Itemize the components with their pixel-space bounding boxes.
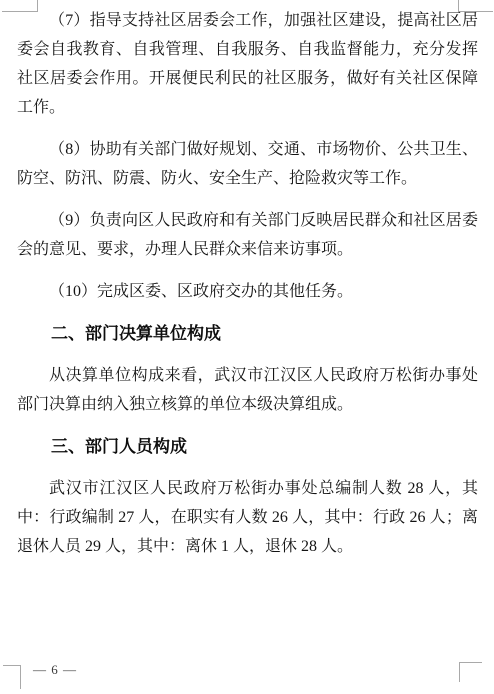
page-number: — 6 — <box>33 662 77 678</box>
crop-mark-bottom-right-icon <box>459 662 482 682</box>
section-heading-staff-composition: 三、部门人员构成 <box>17 432 478 461</box>
section-heading-unit-composition: 二、部门决算单位构成 <box>17 319 478 348</box>
paragraph-duty-8: （8）协助有关部门做好规划、交通、市场物价、公共卫生、防空、防汛、防震、防火、安… <box>17 135 478 193</box>
paragraph-duty-7: （7）指导支持社区居委会工作，加强社区建设，提高社区居委会自我教育、自我管理、自… <box>17 6 478 122</box>
paragraph-staff-composition: 武汉市江汉区人民政府万松街办事处总编制人数 28 人，其中：行政编制 27 人，… <box>17 474 478 561</box>
paragraph-unit-composition: 从决算单位构成来看，武汉市江汉区人民政府万松街办事处部门决算由纳入独立核算的单位… <box>17 361 478 419</box>
crop-mark-bottom-left-icon <box>3 665 21 689</box>
paragraph-duty-10: （10）完成区委、区政府交办的其他任务。 <box>17 277 478 306</box>
paragraph-duty-9: （9）负责向区人民政府和有关部门反映居民群众和社区居委会的意见、要求，办理人民群… <box>17 206 478 264</box>
document-body: （7）指导支持社区居委会工作，加强社区建设，提高社区居委会自我教育、自我管理、自… <box>17 6 478 574</box>
document-page: （7）指导支持社区居委会工作，加强社区建设，提高社区居委会自我教育、自我管理、自… <box>0 0 494 694</box>
